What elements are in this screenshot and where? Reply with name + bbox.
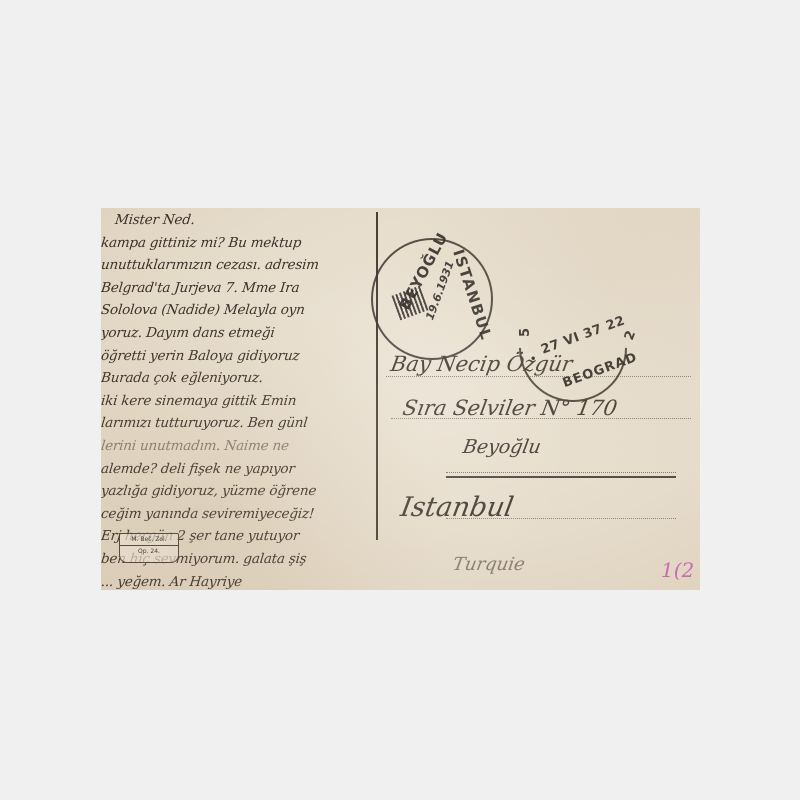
message-line: Burada çok eğleniyoruz. bbox=[101, 367, 384, 390]
message-line: yoruz. Dayım dans etmeği bbox=[101, 322, 384, 345]
message-line: iki kere sinemaya gittik Emin bbox=[101, 390, 384, 413]
message-line: Mister Ned. bbox=[101, 209, 384, 232]
address-district: Beyoğlu bbox=[461, 436, 543, 458]
printer-mark-line-1: M. Beč. Zol. bbox=[120, 534, 178, 546]
address-country: Turquie bbox=[451, 554, 526, 575]
message-line: Sololova (Nadide) Melayla oyn bbox=[101, 299, 384, 322]
pink-annotation: 1(2 bbox=[661, 558, 694, 582]
message-line: Belgrad'ta Jurjeva 7. Mme Ira bbox=[101, 277, 384, 300]
postcard-back: Mister Ned. kampa gittiniz mi? Bu mektup… bbox=[101, 208, 700, 590]
address-city: Istanbul bbox=[398, 492, 516, 523]
postmark-beograd-number: 5 bbox=[518, 328, 533, 337]
printer-mark: M. Beč. Zol. Op. 24. bbox=[119, 533, 179, 563]
message-address-divider bbox=[376, 212, 378, 540]
message-line: kampa gittiniz mi? Bu mektup bbox=[101, 232, 384, 255]
address-recipient: Bay Necip Özgür bbox=[389, 352, 574, 376]
message-line: öğretti yerin Baloya gidiyoruz bbox=[101, 345, 384, 368]
address-rule bbox=[446, 472, 676, 473]
message-line: larımızı tutturuyoruz. Ben günl bbox=[101, 412, 384, 435]
address-rule-bold bbox=[446, 476, 676, 478]
message-line: ceğim yanında seviremiyeceğiz! bbox=[101, 503, 384, 526]
address-street: Sıra Selviler N° 170 bbox=[401, 396, 619, 420]
message-line: yazlığa gidiyoruz, yüzme öğrene bbox=[101, 480, 384, 503]
address-rule bbox=[386, 376, 691, 377]
message-line: ... yeğem. Ar Hayriye bbox=[101, 571, 384, 591]
postmark-city-side: ISTANBUL bbox=[449, 247, 495, 343]
message-line: unuttuklarımızın cezası. adresim bbox=[101, 254, 384, 277]
message-line: lerini unutmadım. Naime ne bbox=[101, 435, 384, 458]
printer-mark-line-2: Op. 24. bbox=[120, 546, 178, 555]
message-line: alemde? deli fişek ne yapıyor bbox=[101, 458, 384, 481]
postmark-beyoglu: BEYOĞLU 19.6.1931 ISTANBUL bbox=[371, 238, 493, 360]
